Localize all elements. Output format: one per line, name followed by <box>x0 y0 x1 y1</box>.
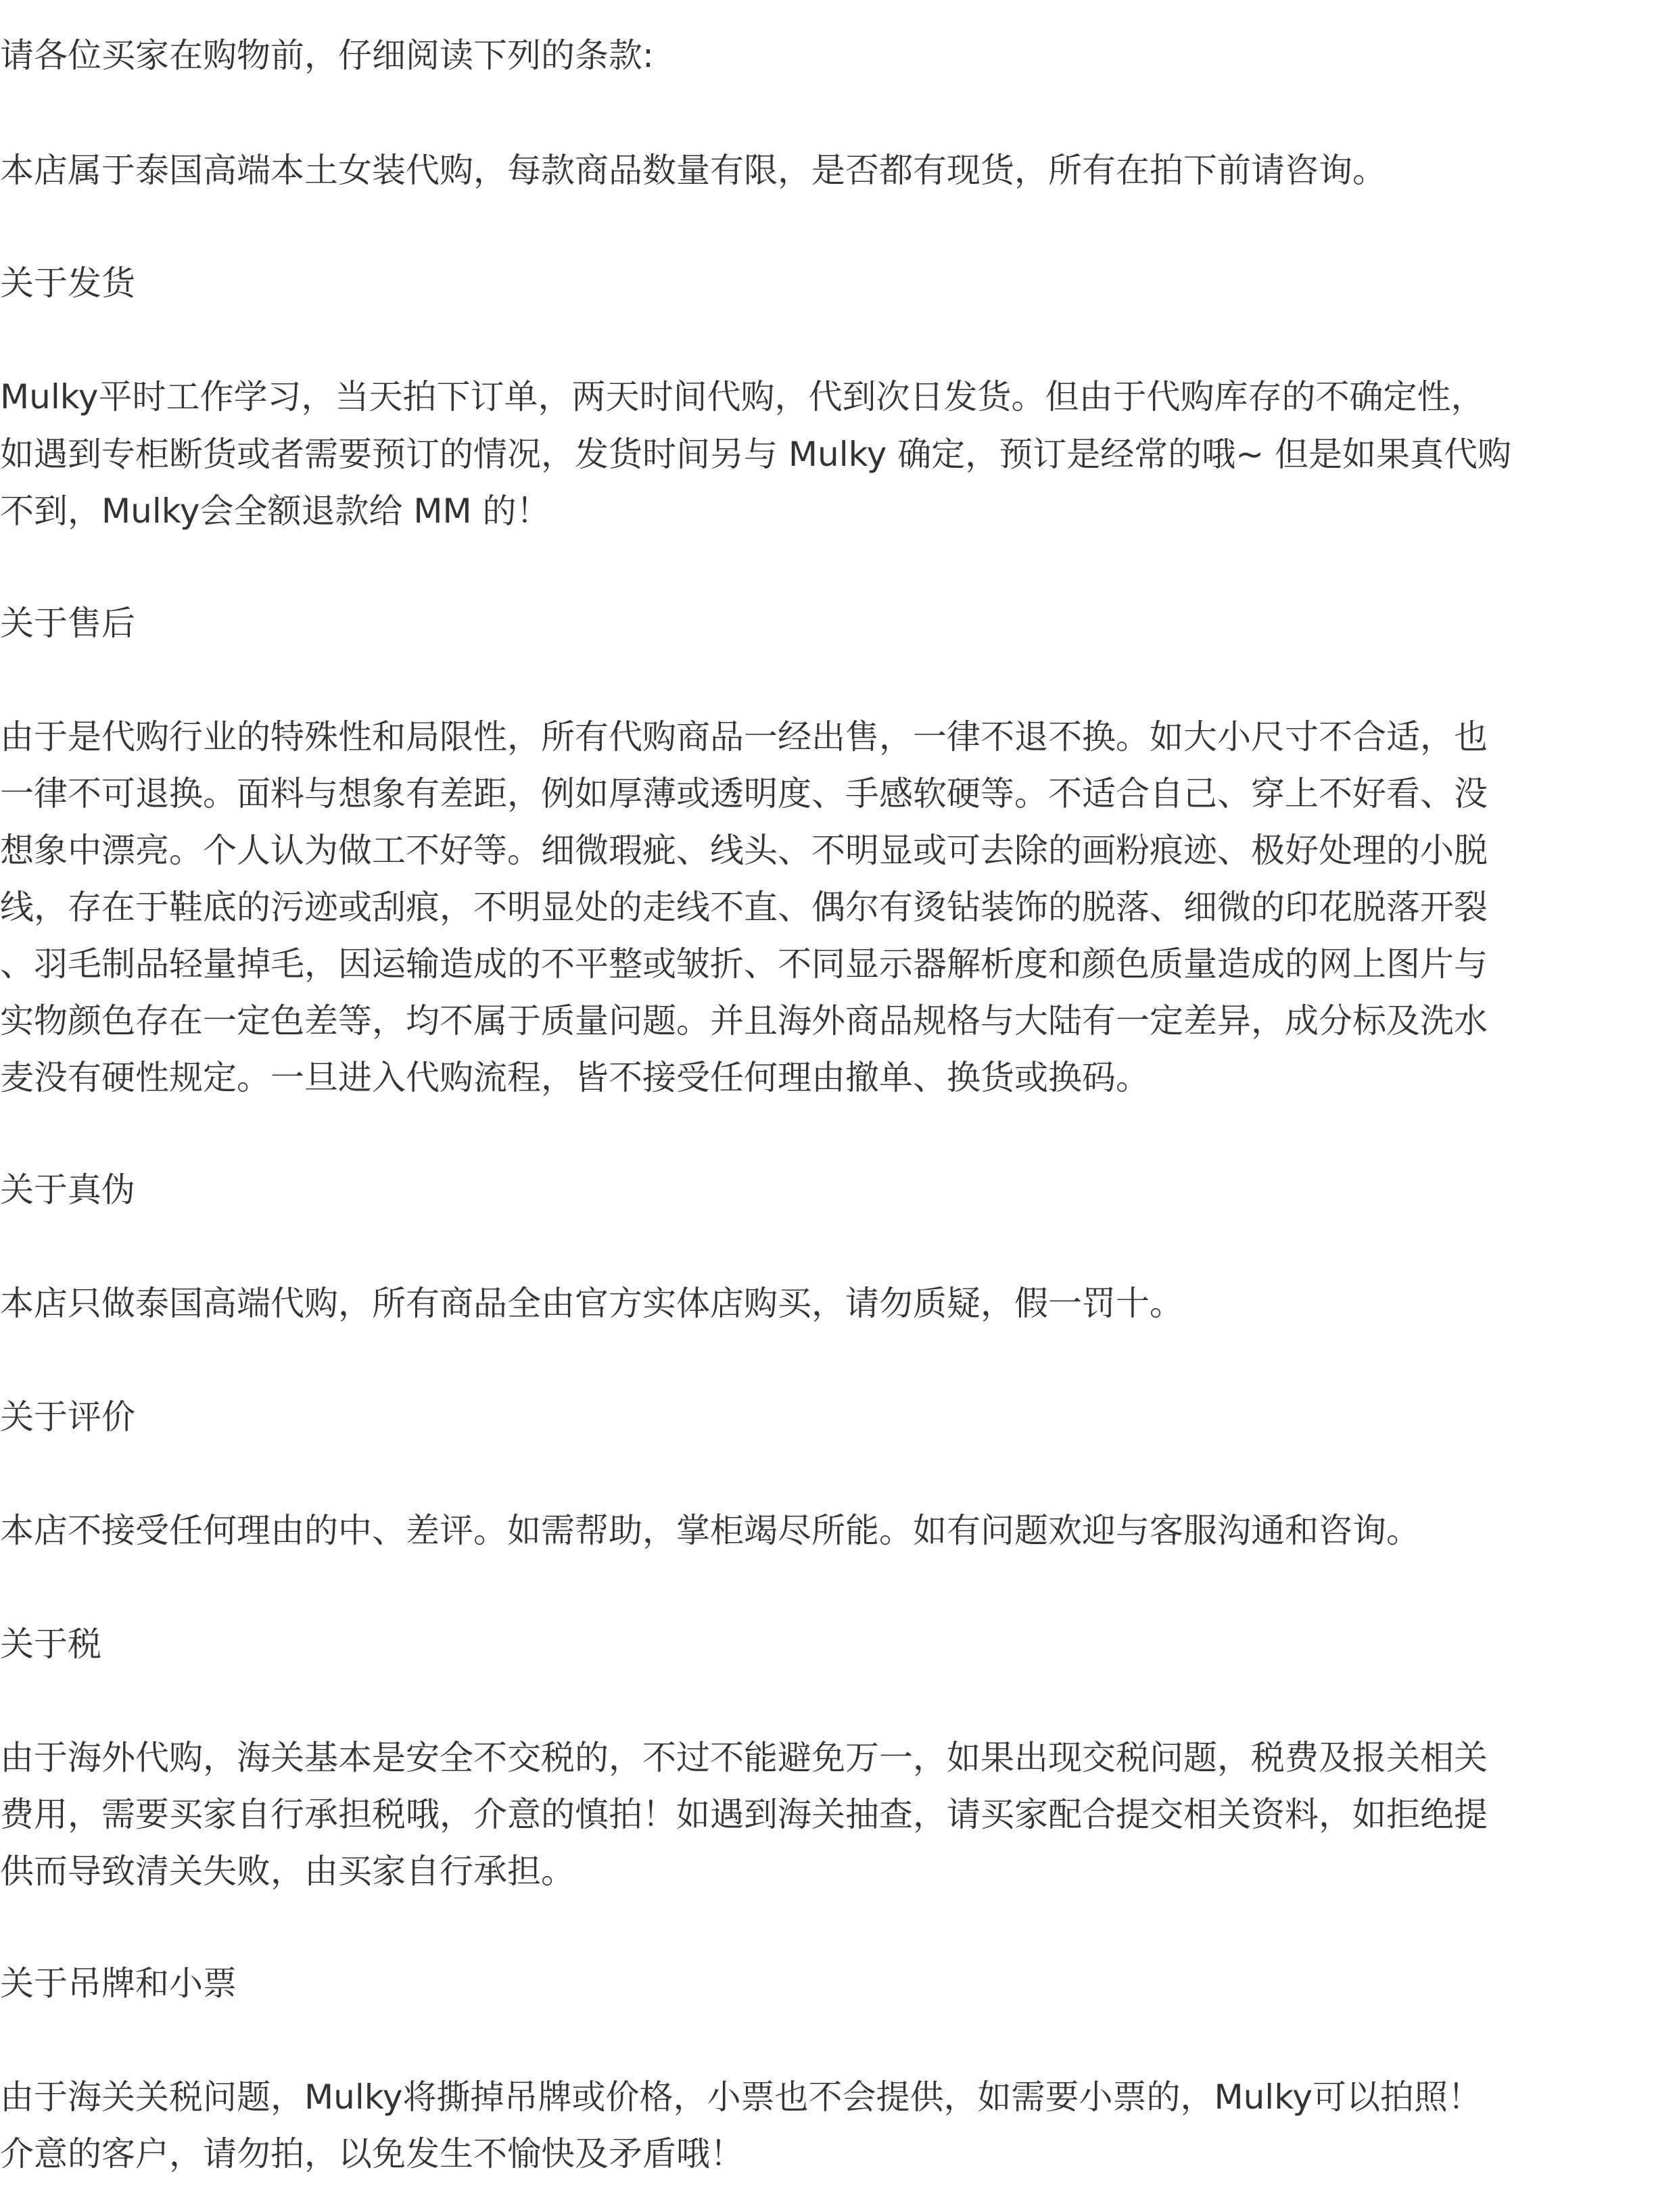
authenticity-line: 本店只做泰国高端代购，所有商品全由官方实体店购买，请勿质疑，假一罚十。 <box>0 1275 1677 1332</box>
section-heading-after-sales: 关于售后 <box>0 595 1677 652</box>
after-sales-line: 、羽毛制品轻量掉毛，因运输造成的不平整或皱折、不同显示器解析度和颜色质量造成的网… <box>0 936 1677 992</box>
after-sales-line: 一律不可退换。面料与想象有差距，例如厚薄或透明度、手感软硬等。不适合自己、穿上不… <box>0 765 1677 822</box>
reviews-line: 本店不接受任何理由的中、差评。如需帮助，掌柜竭尽所能。如有问题欢迎与客服沟通和咨… <box>0 1502 1677 1559</box>
section-heading-tags-receipts: 关于吊牌和小票 <box>0 1955 1677 2012</box>
tags-receipts-line: 介意的客户，请勿拍，以免发生不愉快及矛盾哦！ <box>0 2125 1677 2182</box>
after-sales-line: 想象中漂亮。个人认为做工不好等。细微瑕疵、线头、不明显或可去除的画粉痕迹、极好处… <box>0 822 1677 879</box>
after-sales-line: 麦没有硬性规定。一旦进入代购流程，皆不接受任何理由撤单、换货或换码。 <box>0 1049 1677 1106</box>
section-heading-reviews: 关于评价 <box>0 1389 1677 1445</box>
after-sales-line: 由于是代购行业的特殊性和局限性，所有代购商品一经出售，一律不退不换。如大小尺寸不… <box>0 708 1677 765</box>
intro-text: 请各位买家在购物前，仔细阅读下列的条款: <box>0 27 1677 84</box>
after-sales-line: 实物颜色存在一定色差等，均不属于质量问题。并且海外商品规格与大陆有一定差异，成分… <box>0 992 1677 1049</box>
after-sales-line: 线，存在于鞋底的污迹或刮痕，不明显处的走线不直、偶尔有烫钻装饰的脱落、细微的印花… <box>0 879 1677 936</box>
tax-line: 由于海外代购，海关基本是安全不交税的，不过不能避免万一，如果出现交税问题，税费及… <box>0 1729 1677 1786</box>
tax-line: 费用，需要买家自行承担税哦，介意的慎拍！如遇到海关抽查，请买家配合提交相关资料，… <box>0 1786 1677 1843</box>
section-heading-tax: 关于税 <box>0 1616 1677 1673</box>
tax-line: 供而导致清关失败，由买家自行承担。 <box>0 1843 1677 1900</box>
section-heading-shipping: 关于发货 <box>0 255 1677 312</box>
shipping-line: 不到，Mulky会全额退款给 MM 的！ <box>0 483 1677 539</box>
tags-receipts-line: 由于海关关税问题，Mulky将撕掉吊牌或价格，小票也不会提供，如需要小票的，Mu… <box>0 2069 1677 2125</box>
shipping-line: Mulky平时工作学习，当天拍下订单，两天时间代购，代到次日发货。但由于代购库存… <box>0 368 1677 425</box>
notice-text: 本店属于泰国高端本土女装代购，每款商品数量有限，是否都有现货，所有在拍下前请咨询… <box>0 142 1677 199</box>
section-heading-authenticity: 关于真伪 <box>0 1161 1677 1218</box>
shipping-line: 如遇到专柜断货或者需要预订的情况，发货时间另与 Mulky 确定，预订是经常的哦… <box>0 426 1677 483</box>
